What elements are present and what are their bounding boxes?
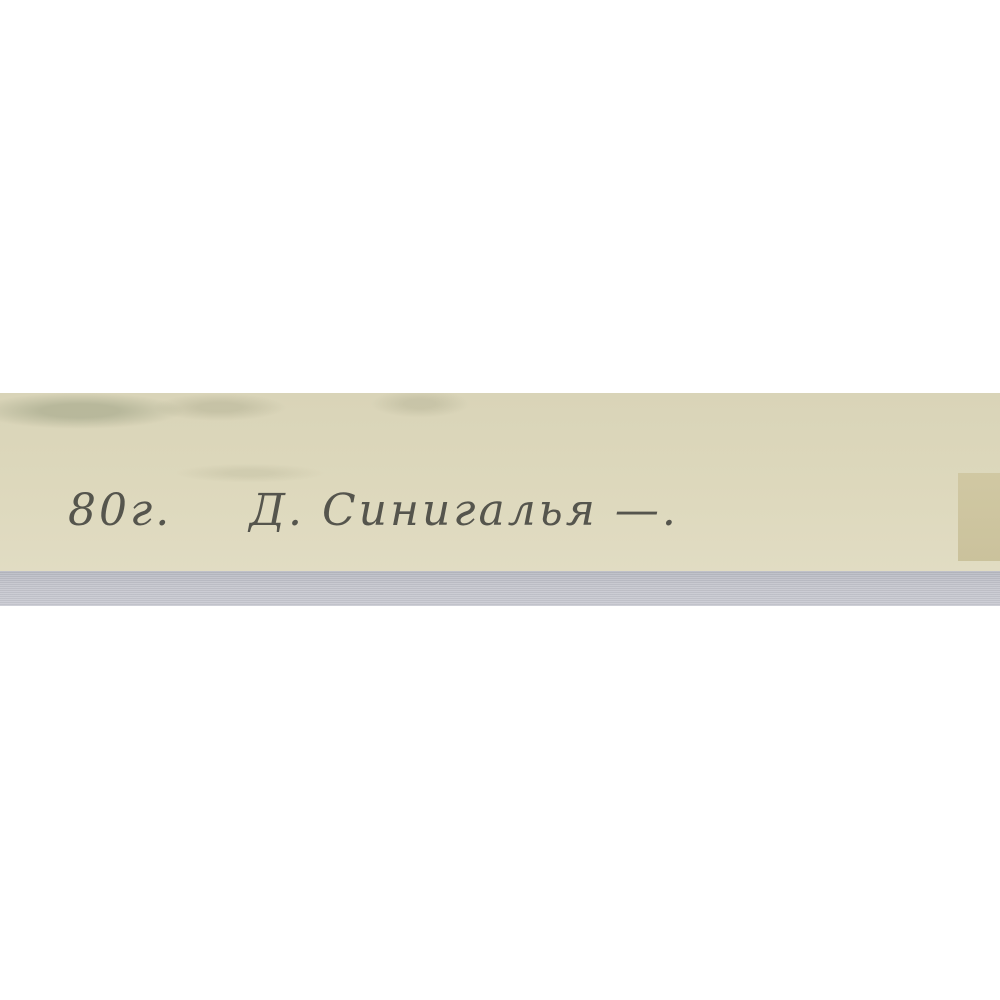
year-note: 80г.	[68, 485, 172, 536]
photo: 80г. Д. Синигалья —.	[0, 393, 1000, 606]
adhesive-tape	[958, 473, 1000, 561]
signature: Д. Синигалья —.	[249, 485, 679, 536]
fabric-background	[0, 571, 1000, 606]
handwritten-inscription: 80г. Д. Синигалья —.	[68, 485, 679, 536]
paper-strip: 80г. Д. Синигалья —.	[0, 393, 1000, 573]
